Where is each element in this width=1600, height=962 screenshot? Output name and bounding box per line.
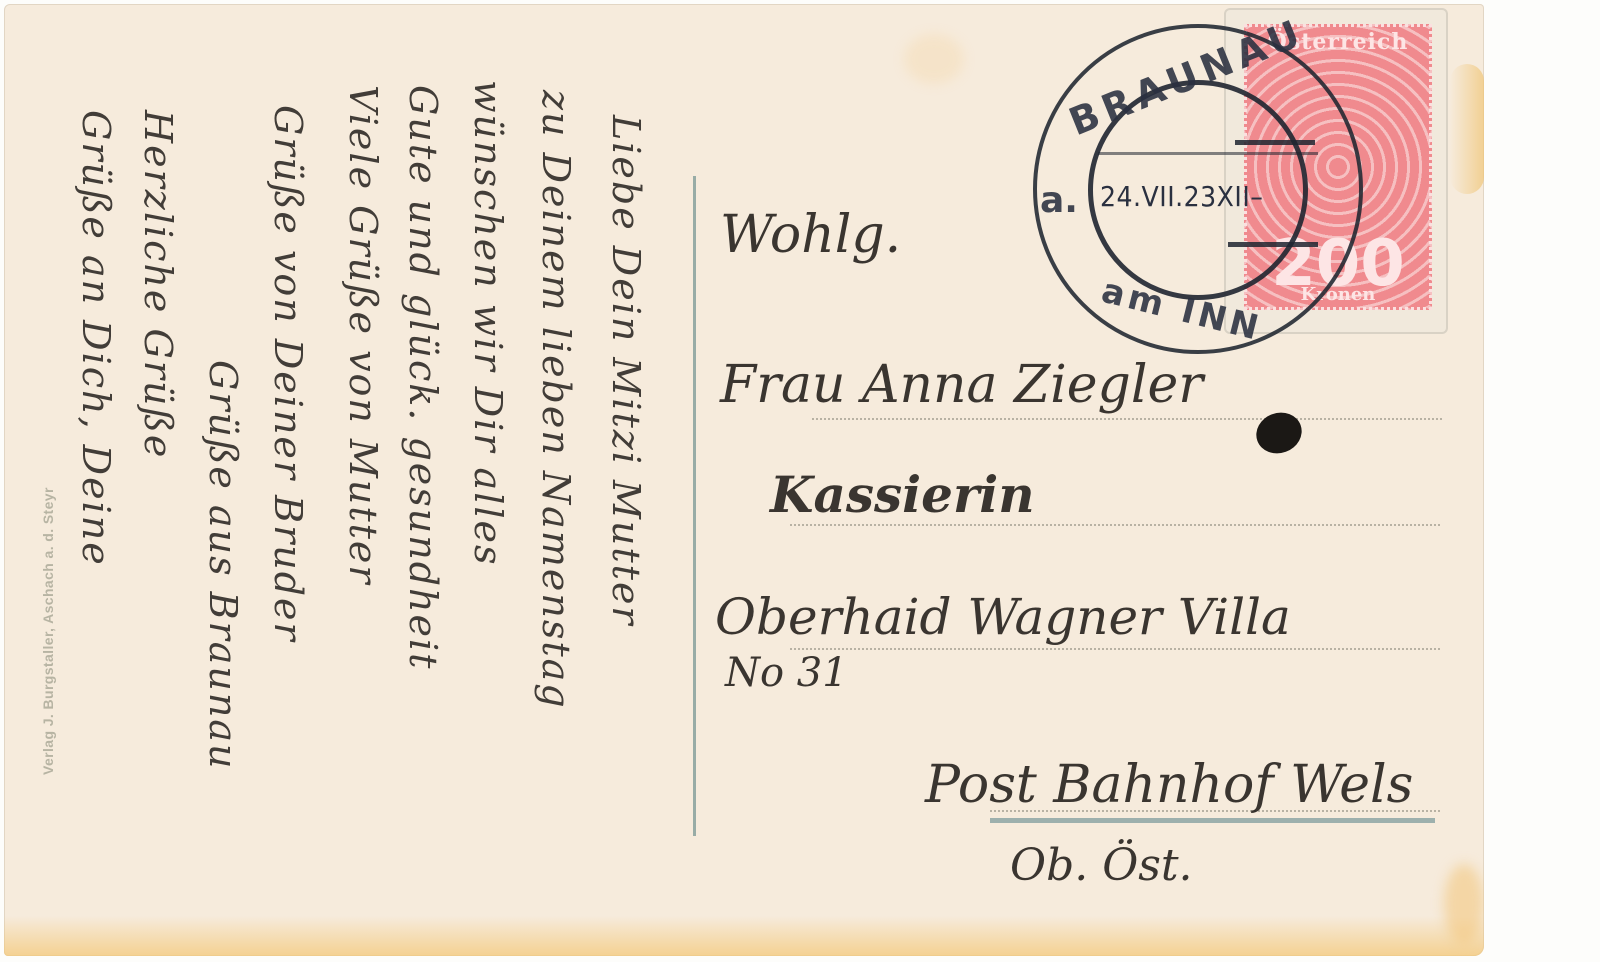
message-line: Grüße aus Braunau xyxy=(201,360,245,770)
address-occupation: Kassierin xyxy=(770,465,1035,524)
address-line xyxy=(790,648,1440,650)
message-line: Gute und glück. gesundheit xyxy=(401,85,445,670)
message-line: Grüße von Deiner Bruder xyxy=(266,105,310,643)
message-line: Liebe Dein Mitzi Mutter xyxy=(604,115,648,627)
water-stain-bottom xyxy=(4,916,1484,956)
message-line: wünschen wir Dir alles xyxy=(466,80,510,567)
postmark-prefix: a. xyxy=(1040,180,1078,221)
message-line: Viele Grüße von Mutter xyxy=(341,85,385,586)
postmark-time: XII– xyxy=(1217,180,1264,213)
message-address-divider xyxy=(693,176,696,836)
postmark-date: 24.VII.23XII– xyxy=(1100,180,1263,213)
address-line xyxy=(812,418,1442,420)
address-line xyxy=(790,524,1440,526)
stain-spot xyxy=(1444,864,1484,944)
postmark-date-value: 24.VII.23 xyxy=(1100,180,1217,213)
water-stain-right xyxy=(1450,64,1484,194)
postmark-bar xyxy=(1228,242,1318,247)
message-line: Herzliche Grüße xyxy=(136,110,180,459)
message-line: Grüße an Dich, Deine xyxy=(74,110,118,567)
address-street: Oberhaid Wagner Villa xyxy=(715,588,1291,646)
message-line: zu Deinem lieben Namenstag xyxy=(534,90,578,710)
postmark-bar xyxy=(1098,152,1318,155)
address-underline xyxy=(990,818,1435,823)
address-post-office: Post Bahnhof Wels xyxy=(925,755,1413,815)
address-recipient: Frau Anna Ziegler xyxy=(720,355,1203,415)
publisher-imprint: Verlag J. Burgstaller, Aschach a. d. Ste… xyxy=(40,295,56,775)
address-region: Ob. Öst. xyxy=(1010,840,1193,891)
address-house-number: No 31 xyxy=(725,650,848,696)
address-salutation: Wohlg. xyxy=(720,205,901,265)
postmark-bar xyxy=(1235,140,1315,145)
stain-spot xyxy=(904,34,964,84)
